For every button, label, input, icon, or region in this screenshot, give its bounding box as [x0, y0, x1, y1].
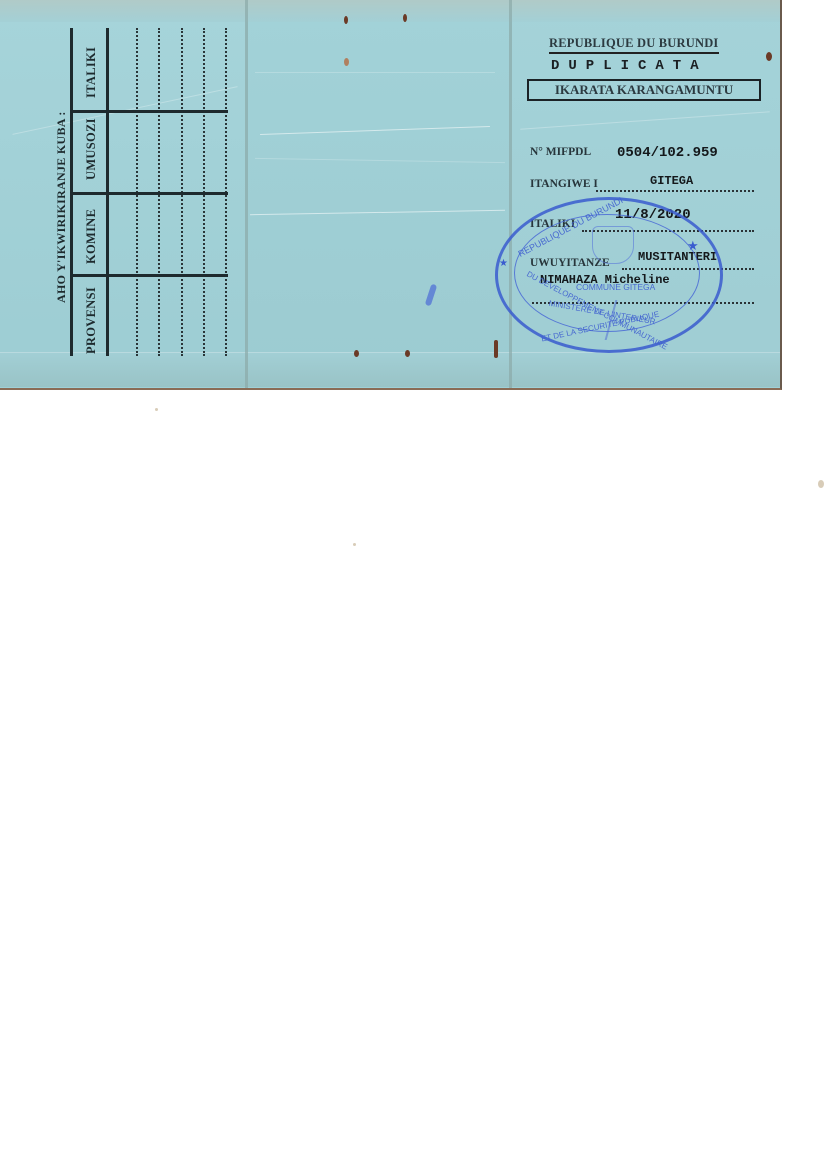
- stain-spot: [354, 350, 359, 357]
- stain-spot: [405, 350, 410, 357]
- crease: [255, 72, 495, 73]
- stain-spot: [344, 16, 348, 24]
- country-heading: REPUBLIQUE DU BURUNDI: [549, 36, 719, 54]
- table-divider: [70, 192, 228, 195]
- stain-spot: [403, 14, 407, 22]
- table-divider: [70, 274, 228, 277]
- identity-card: AHO Y'IKWIRIKIRANJE KUBA : PROVENSI KOMI…: [0, 0, 782, 390]
- scan-speck: [155, 408, 158, 411]
- star-icon: ★: [499, 258, 508, 269]
- field-label-issued-at: ITANGIWE I: [530, 178, 598, 190]
- coat-of-arms-icon: [592, 226, 634, 264]
- table-divider: [70, 110, 228, 113]
- star-icon: ★: [687, 238, 699, 254]
- scan-speck: [818, 480, 824, 488]
- field-value-number: 0504/102.959: [617, 145, 718, 161]
- signature-mark: [605, 300, 668, 340]
- column-provensi: PROVENSI: [84, 287, 99, 354]
- field-label-number: N° MIFPDL: [530, 146, 591, 158]
- column-italiki: ITALIKI: [84, 47, 99, 98]
- duplicate-label: DUPLICATA: [551, 58, 708, 74]
- left-heading: AHO Y'IKWIRIKIRANJE KUBA :: [54, 111, 69, 303]
- column-umusozi: UMUSOZI: [84, 118, 99, 180]
- stain-spot: [494, 340, 498, 358]
- bottom-band: [0, 352, 780, 387]
- stain-spot: [344, 58, 349, 66]
- scan-speck: [353, 543, 356, 546]
- fold-line-left: [245, 0, 248, 388]
- dotted-line: [596, 190, 754, 192]
- card-title: IKARATA KARANGAMUNTU: [527, 79, 761, 101]
- column-komine: KOMINE: [84, 209, 99, 264]
- top-worn-edge: [0, 0, 780, 22]
- middle-panel: [248, 0, 510, 386]
- field-value-issued-at: GITEGA: [650, 174, 693, 188]
- fold-line-right: [509, 0, 512, 388]
- stain-spot: [766, 52, 772, 61]
- stamp-middle-text: COMMUNE GITEGA: [576, 282, 655, 292]
